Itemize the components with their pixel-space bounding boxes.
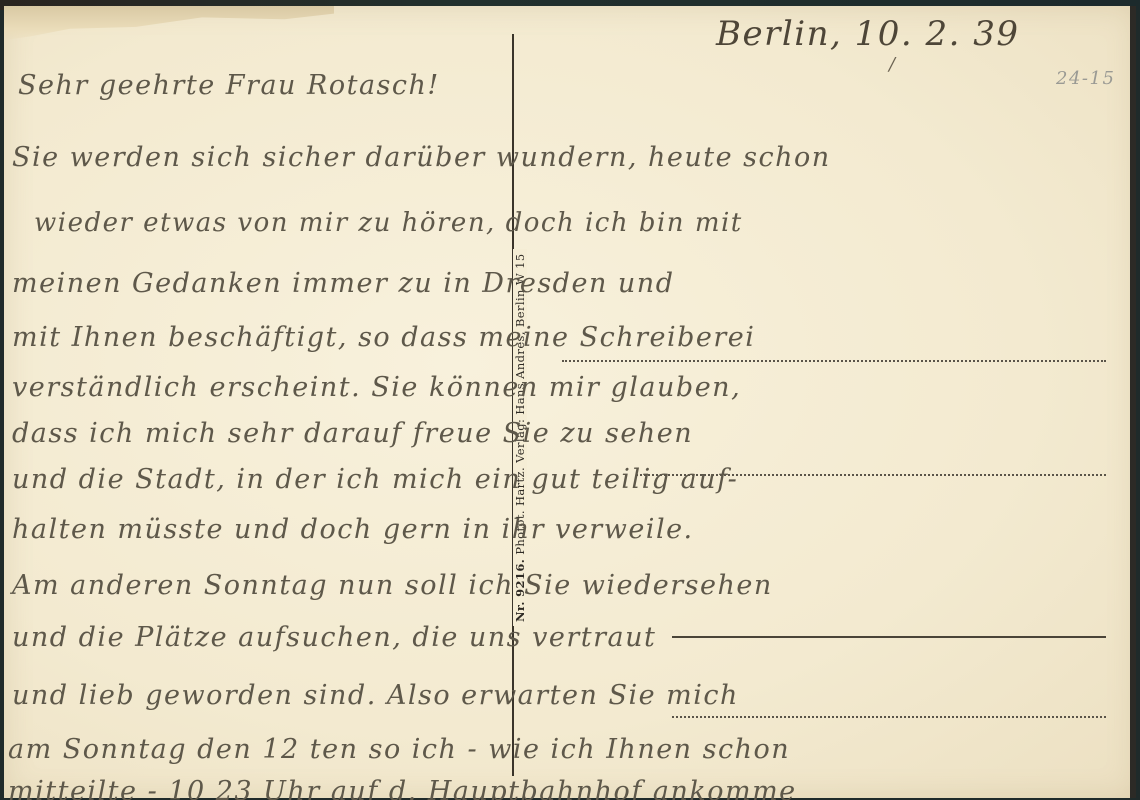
handwriting-line: mit Ihnen beschäftigt, so dass meine Sch…	[12, 322, 755, 353]
handwriting-line: und die Stadt, in der ich mich ein gut t…	[12, 464, 738, 495]
address-line-1	[562, 360, 1106, 362]
handwriting-line: halten müsste und doch gern in ihr verwe…	[12, 514, 694, 545]
pencil-note: 24-15	[1056, 68, 1115, 89]
handwriting-line: verständlich erscheint. Sie können mir g…	[12, 372, 741, 403]
torn-corner	[4, 6, 334, 44]
address-line-4	[672, 716, 1106, 718]
date-line: Berlin, 10. 2. 39	[716, 14, 1020, 54]
handwriting-line: Sehr geehrte Frau Rotasch!	[18, 70, 440, 101]
postcard: Berlin, 10. 2. 39 / 24-15 Nr. 9216. Phot…	[4, 6, 1136, 798]
address-line-3	[672, 636, 1106, 638]
handwriting-line: und lieb geworden sind. Also erwarten Si…	[12, 680, 739, 711]
handwriting-line: am Sonntag den 12 ten so ich - wie ich I…	[8, 734, 790, 765]
handwriting-line: Sie werden sich sicher darüber wundern, …	[12, 142, 831, 173]
handwriting-line: Am anderen Sonntag nun soll ich Sie wied…	[12, 570, 773, 601]
handwriting-line: mitteilte - 10 23 Uhr auf d. Hauptbahnho…	[8, 776, 797, 800]
handwriting-line: und die Plätze aufsuchen, die uns vertra…	[12, 622, 656, 653]
handwriting-line: meinen Gedanken immer zu in Dresden und	[12, 268, 674, 299]
handwriting-line: dass ich mich sehr darauf freue Sie zu s…	[12, 418, 693, 449]
card-edge	[1130, 6, 1136, 798]
pen-tick-mark: /	[889, 54, 897, 75]
handwriting-line: wieder etwas von mir zu hören, doch ich …	[34, 208, 743, 238]
